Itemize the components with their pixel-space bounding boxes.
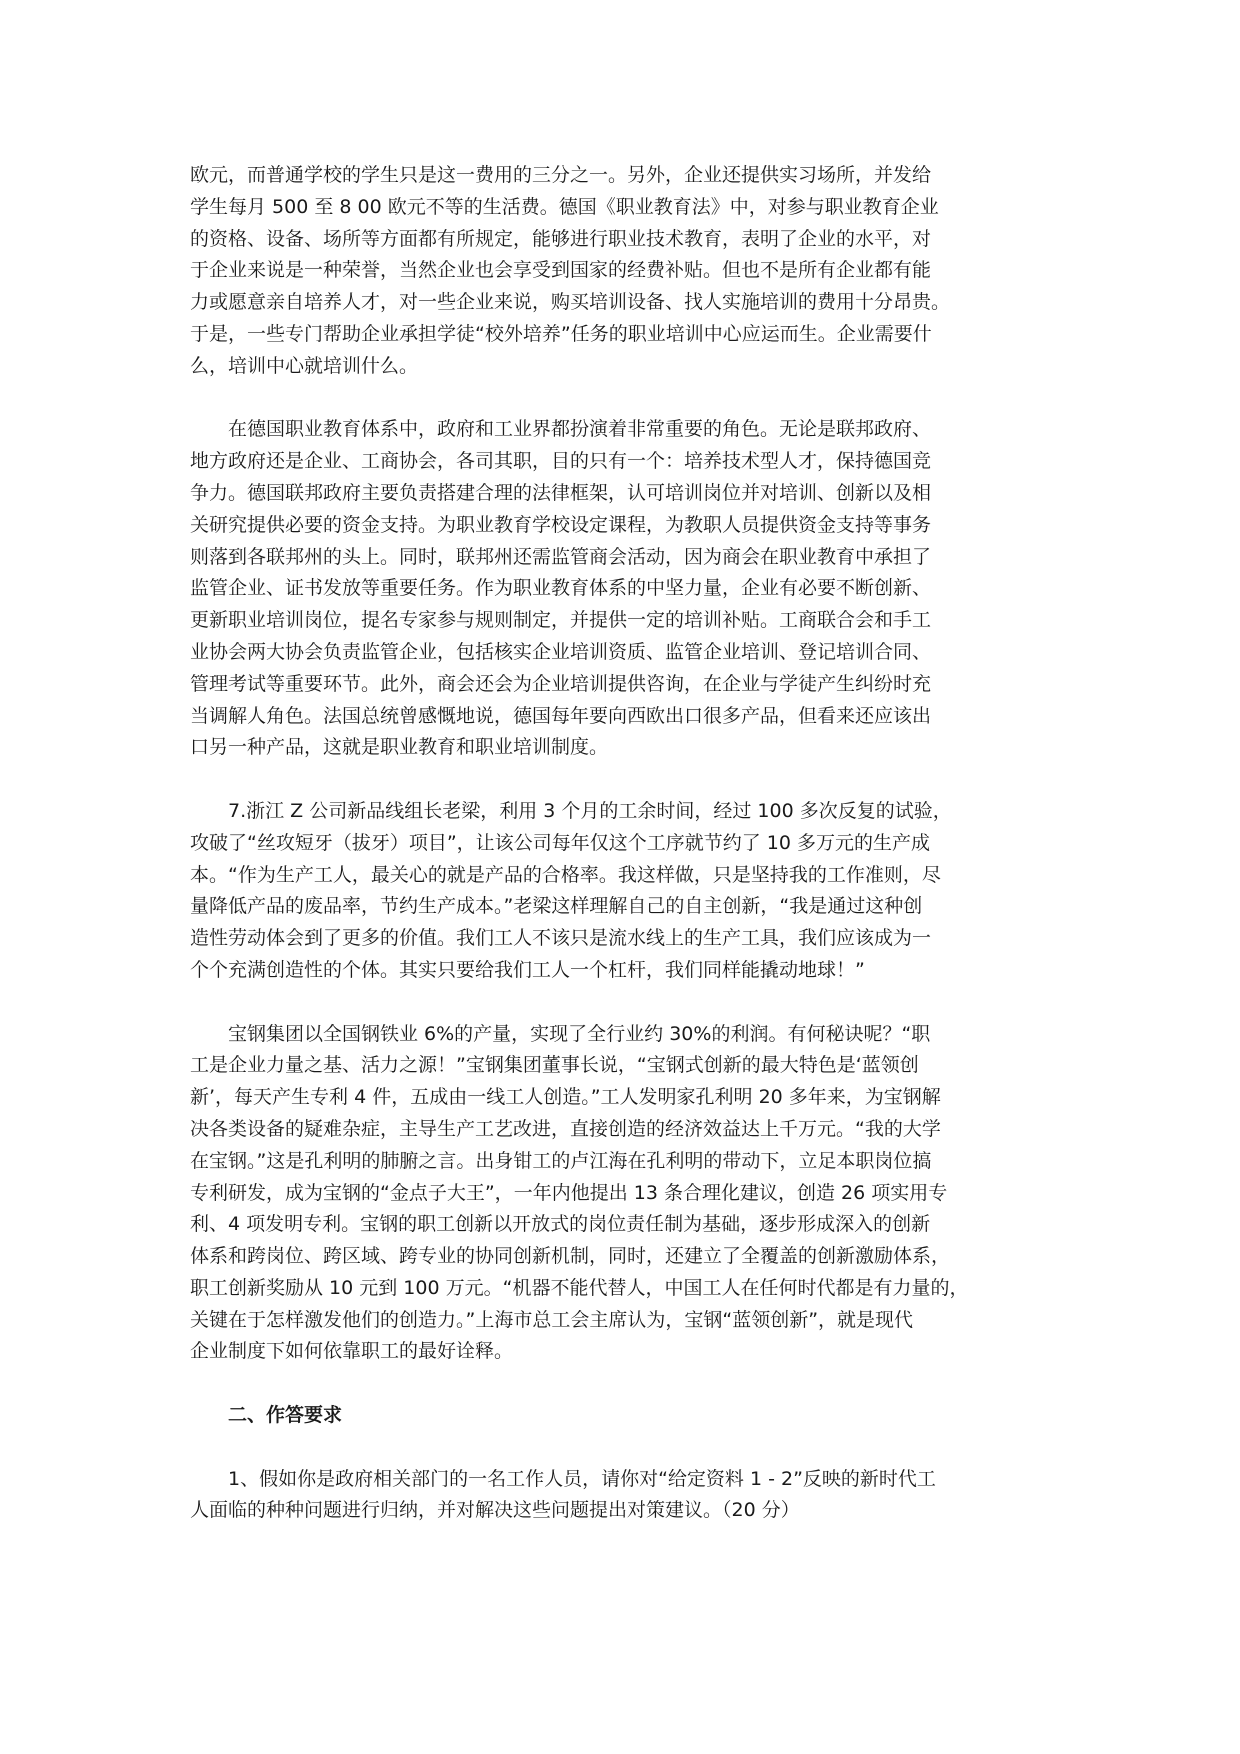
text-line: 个个充满创造性的个体。其实只要给我们工人一个杠杆，我们同样能撬动地球！” [190,955,1070,987]
section-heading: 二、作答要求 [190,1400,1070,1432]
text-line: 监管企业、证书发放等重要任务。作为职业教育体系的中坚力量，企业有必要不断创新、 [190,573,1070,605]
text-line: 人面临的种种问题进行归纳，并对解决这些问题提出对策建议。（20 分） [190,1495,1070,1527]
text-line: 的资格、设备、场所等方面都有所规定，能够进行职业技术教育，表明了企业的水平，对 [190,224,1070,256]
text-line: 造性劳动体会到了更多的价值。我们工人不该只是流水线上的生产工具，我们应该成为一 [190,923,1070,955]
document-page: 欧元，而普通学校的学生只是这一费用的三分之一。另外，企业还提供实习场所，并发给 … [190,160,1070,1527]
text-line: 业协会两大协会负责监管企业，包括核实企业培训资质、监管企业培训、登记培训合同、 [190,637,1070,669]
paragraph-spacer [190,1432,1070,1464]
text-line: 学生每月 500 至 8 00 欧元不等的生活费。德国《职业教育法》中，对参与职… [190,192,1070,224]
text-line: 7.浙江 Z 公司新品线组长老梁，利用 3 个月的工余时间，经过 100 多次反… [190,796,1070,828]
text-line: 关研究提供必要的资金支持。为职业教育学校设定课程，为教职人员提供资金支持等事务 [190,510,1070,542]
text-line: 么，培训中心就培训什么。 [190,351,1070,383]
paragraph-german-roles: 在德国职业教育体系中，政府和工业界都扮演着非常重要的角色。无论是联邦政府、 地方… [190,414,1070,764]
paragraph-spacer [190,1368,1070,1400]
text-line: 1、假如你是政府相关部门的一名工作人员，请你对“给定资料 1 - 2”反映的新时… [190,1464,1070,1496]
question-1: 1、假如你是政府相关部门的一名工作人员，请你对“给定资料 1 - 2”反映的新时… [190,1464,1070,1528]
paragraph-vocational-funding: 欧元，而普通学校的学生只是这一费用的三分之一。另外，企业还提供实习场所，并发给 … [190,160,1070,383]
paragraph-spacer [190,987,1070,1019]
text-line: 攻破了“丝攻短牙（拔牙）项目”，让该公司每年仅这个工序就节约了 10 多万元的生… [190,828,1070,860]
text-line: 力或愿意亲自培养人才，对一些企业来说，购买培训设备、找人实施培训的费用十分昂贵。 [190,287,1070,319]
text-line: 宝钢集团以全国钢铁业 6%的产量，实现了全行业约 30%的利润。有何秘诀呢？“职 [190,1019,1070,1051]
text-line: 更新职业培训岗位，提名专家参与规则制定，并提供一定的培训补贴。工商联合会和手工 [190,605,1070,637]
paragraph-spacer [190,764,1070,796]
text-line: 当调解人角色。法国总统曾感慨地说，德国每年要向西欧出口很多产品，但看来还应该出 [190,701,1070,733]
text-line: 新’，每天产生专利 4 件，五成由一线工人创造。”工人发明家孔利明 20 多年来… [190,1082,1070,1114]
text-line: 职工创新奖励从 10 元到 100 万元。“机器不能代替人，中国工人在任何时代都… [190,1273,1070,1305]
text-line: 工是企业力量之基、活力之源！”宝钢集团董事长说，“宝钢式创新的最大特色是‘蓝领创 [190,1050,1070,1082]
text-line: 则落到各联邦州的头上。同时，联邦州还需监管商会活动，因为商会在职业教育中承担了 [190,542,1070,574]
text-line: 管理考试等重要环节。此外，商会还会为企业培训提供咨询，在企业与学徒产生纠纷时充 [190,669,1070,701]
text-line: 量降低产品的废品率，节约生产成本。”老梁这样理解自己的自主创新，“我是通过这种创 [190,891,1070,923]
text-line: 地方政府还是企业、工商协会，各司其职，目的只有一个：培养技术型人才，保持德国竞 [190,446,1070,478]
paragraph-spacer [190,383,1070,415]
text-line: 口另一种产品，这就是职业教育和职业培训制度。 [190,732,1070,764]
text-line: 专利研发，成为宝钢的“金点子大王”，一年内他提出 13 条合理化建议，创造 26… [190,1178,1070,1210]
text-line: 企业制度下如何依靠职工的最好诠释。 [190,1336,1070,1368]
paragraph-baosteel: 宝钢集团以全国钢铁业 6%的产量，实现了全行业约 30%的利润。有何秘诀呢？“职… [190,1019,1070,1369]
text-line: 体系和跨岗位、跨区域、跨专业的协同创新机制，同时，还建立了全覆盖的创新激励体系， [190,1241,1070,1273]
text-line: 决各类设备的疑难杂症，主导生产工艺改进，直接创造的经济效益达上千万元。“我的大学 [190,1114,1070,1146]
text-line: 于是，一些专门帮助企业承担学徒“校外培养”任务的职业培训中心应运而生。企业需要什 [190,319,1070,351]
paragraph-material-7: 7.浙江 Z 公司新品线组长老梁，利用 3 个月的工余时间，经过 100 多次反… [190,796,1070,987]
text-line: 在宝钢。”这是孔利明的肺腑之言。出身钳工的卢江海在孔利明的带动下，立足本职岗位搞 [190,1146,1070,1178]
text-line: 利、4 项发明专利。宝钢的职工创新以开放式的岗位责任制为基础，逐步形成深入的创新 [190,1209,1070,1241]
text-line: 在德国职业教育体系中，政府和工业界都扮演着非常重要的角色。无论是联邦政府、 [190,414,1070,446]
text-line: 争力。德国联邦政府主要负责搭建合理的法律框架，认可培训岗位并对培训、创新以及相 [190,478,1070,510]
text-line: 于企业来说是一种荣誉，当然企业也会享受到国家的经费补贴。但也不是所有企业都有能 [190,255,1070,287]
text-line: 本。“作为生产工人，最关心的就是产品的合格率。我这样做，只是坚持我的工作准则，尽 [190,860,1070,892]
text-line: 欧元，而普通学校的学生只是这一费用的三分之一。另外，企业还提供实习场所，并发给 [190,160,1070,192]
text-line: 关键在于怎样激发他们的创造力。”上海市总工会主席认为，宝钢“蓝领创新”，就是现代 [190,1305,1070,1337]
